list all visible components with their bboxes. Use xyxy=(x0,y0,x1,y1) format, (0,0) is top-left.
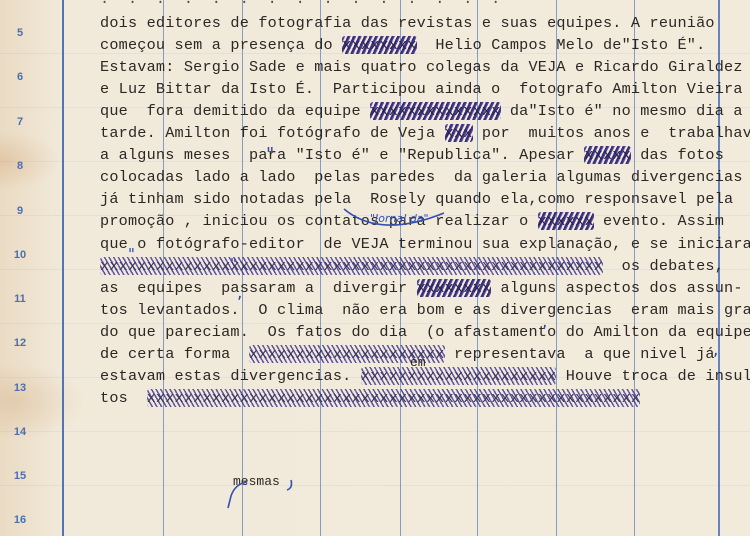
line-number: 14 xyxy=(5,426,35,438)
typed-line: tos levantados. O clima não era bom e as… xyxy=(100,301,750,319)
handwritten-bracket-mesmas xyxy=(225,478,300,510)
struck-out-text: xxx xyxy=(445,124,473,142)
typed-line: e Luz Bittar da Isto É. Participou ainda… xyxy=(100,80,743,98)
handwritten-comma: , xyxy=(713,340,718,360)
typed-line: tarde. Amilton foi fotógrafo de Veja xxx… xyxy=(100,124,750,142)
typed-text: tos xyxy=(100,389,147,407)
typed-text: alguns aspectos dos assun- xyxy=(491,279,742,297)
document-page: . . . . . . . . . . . . . . . 5678910111… xyxy=(0,0,750,536)
struck-out-text: xxxxxxxxxxxxxxxxxxxxxxxxxxxxxxxxxxxxxxxx… xyxy=(100,257,603,275)
typed-line: colocadas lado a lado pelas paredes da g… xyxy=(100,168,743,186)
typed-text: as equipes passaram a divergir xyxy=(100,279,417,297)
typed-text: das fotos xyxy=(631,146,724,164)
typed-text: do que pareciam. Os fatos do dia (o afas… xyxy=(100,323,750,341)
typed-text: representava a que nivel já xyxy=(445,345,715,363)
struck-out-text: xxxxxxxxxxxxxx xyxy=(370,102,500,120)
typed-line: dois editores de fotografia das revistas… xyxy=(100,14,715,32)
typed-text: de certa forma xyxy=(100,345,249,363)
line-number: 12 xyxy=(5,337,35,349)
line-number: 15 xyxy=(5,470,35,482)
typed-text: estavam estas divergencias. xyxy=(100,367,361,385)
line-number: 9 xyxy=(5,205,35,217)
line-number: 13 xyxy=(5,382,35,394)
typed-line: a alguns meses para "Isto é" e "Republic… xyxy=(100,146,724,164)
line-number: 11 xyxy=(5,293,35,305)
typed-text: que fora demitido da equipe xyxy=(100,102,370,120)
typed-text: tos levantados. O clima não era bom e as… xyxy=(100,301,750,319)
margin-rule xyxy=(62,0,64,536)
handwritten-quote-mark: " xyxy=(230,255,237,273)
typed-insertion-em: em xyxy=(410,355,426,370)
typed-text: os debates, xyxy=(603,257,724,275)
typed-text: a alguns meses para "Isto é" e "Republic… xyxy=(100,146,584,164)
line-number: 10 xyxy=(5,249,35,261)
typed-line: de certa forma xxxxxxxxxxxxxxxxxxxxx rep… xyxy=(100,345,715,363)
typed-line: do que pareciam. Os fatos do dia (o afas… xyxy=(100,323,750,341)
struck-out-text: xxxxxxxx xyxy=(342,36,417,54)
handwritten-comma: , xyxy=(542,312,547,332)
struck-out-text: xxxxxx xyxy=(538,212,594,230)
typed-line: começou sem a presença do xxxxxxxx Helio… xyxy=(100,36,705,54)
typed-line: tos xxxxxxxxxxxxxxxxxxxxxxxxxxxxxxxxxxxx… xyxy=(100,389,640,407)
typed-text: tarde. Amilton foi fotógrafo de Veja xyxy=(100,124,445,142)
typed-line: xxxxxxxxxxxxxxxxxxxxxxxxxxxxxxxxxxxxxxxx… xyxy=(100,257,724,275)
line-number: 5 xyxy=(5,27,35,39)
typed-text: da"Isto é" no mesmo dia a xyxy=(501,102,743,120)
typed-text: Estavam: Sergio Sade e mais quatro coleg… xyxy=(100,58,743,76)
line-number: 16 xyxy=(5,514,35,526)
struck-out-text: xxxxxxxxxxxxxxxxxxxxxxxxxxxxxxxxxxxxxxxx… xyxy=(147,389,641,407)
line-number: 7 xyxy=(5,116,35,128)
typed-text: colocadas lado a lado pelas paredes da g… xyxy=(100,168,743,186)
line-number: 8 xyxy=(5,160,35,172)
struck-out-text: xxxxxxxxxxxxxxxxxxxxx xyxy=(361,367,557,385)
struck-out-text: xxxxxxxx xyxy=(417,279,492,297)
handwritten-comma: , xyxy=(237,283,242,303)
typed-text: por muitos anos e trabalhava xyxy=(473,124,750,142)
line-number: 6 xyxy=(5,71,35,83)
typed-text: começou sem a presença do xyxy=(100,36,342,54)
handwritten-quote-mark: " xyxy=(266,144,274,165)
typed-text: e Luz Bittar da Isto É. Participou ainda… xyxy=(100,80,743,98)
typed-line: que o fotógrafo-editor de VEJA terminou … xyxy=(100,235,750,253)
cut-off-line: . . . . . . . . . . . . . . . xyxy=(100,0,501,8)
typed-line: que fora demitido da equipe xxxxxxxxxxxx… xyxy=(100,102,743,120)
struck-out-text: xxxxx xyxy=(584,146,631,164)
typed-text: evento. Assim xyxy=(594,212,724,230)
typed-text: dois editores de fotografia das revistas… xyxy=(100,14,715,32)
typed-text: promoção , iniciou os contatos para real… xyxy=(100,212,538,230)
typed-text: Houve troca de insul- xyxy=(556,367,750,385)
handwritten-quote-mark: " xyxy=(128,245,135,263)
typed-line: as equipes passaram a divergir xxxxxxxx … xyxy=(100,279,743,297)
typed-line: Estavam: Sergio Sade e mais quatro coleg… xyxy=(100,58,743,76)
handwritten-insertion-curve xyxy=(340,205,450,235)
typed-text: que o fotógrafo-editor de VEJA terminou … xyxy=(100,235,750,253)
typed-text: Helio Campos Melo de"Isto É". xyxy=(417,36,706,54)
